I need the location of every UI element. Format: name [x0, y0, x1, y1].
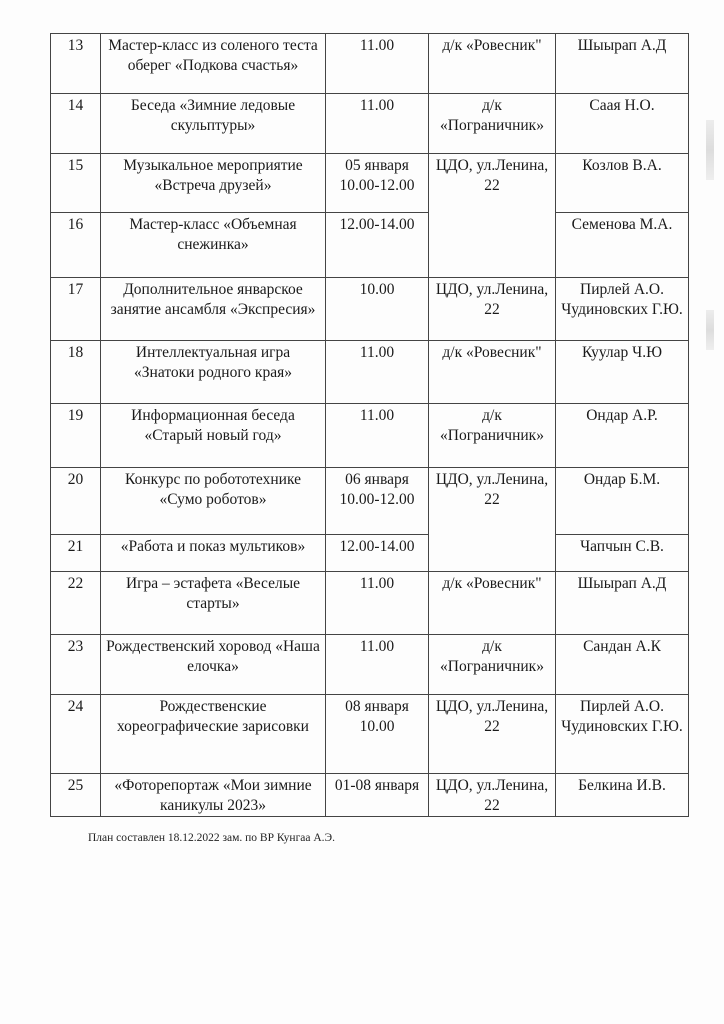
- event-responsible: Козлов В.А.: [556, 154, 689, 213]
- event-name: Рождественские хореографические зарисовк…: [101, 695, 326, 774]
- event-responsible: Куулар Ч.Ю: [556, 341, 689, 404]
- table-row: 21«Работа и показ мультиков»12.00-14.00Ч…: [51, 535, 689, 572]
- event-place: ЦДО, ул.Ленина, 22: [429, 468, 556, 572]
- event-place: д/к «Ровесник": [429, 572, 556, 635]
- event-time: 11.00: [326, 572, 429, 635]
- event-time: 12.00-14.00: [326, 535, 429, 572]
- table-row: 14Беседа «Зимние ледовые скульптуры»11.0…: [51, 94, 689, 154]
- table-row: 24Рождественские хореографические зарисо…: [51, 695, 689, 774]
- event-place: д/к «Ровесник": [429, 34, 556, 94]
- row-number: 20: [51, 468, 101, 535]
- table-row: 17Дополнительное январское занятие ансам…: [51, 278, 689, 341]
- event-place: ЦДО, ул.Ленина, 22: [429, 278, 556, 341]
- table-row: 16Мастер-класс «Объемная снежинка»12.00-…: [51, 213, 689, 278]
- scan-shadow: [706, 120, 714, 180]
- event-responsible: Пирлей А.О. Чудиновских Г.Ю.: [556, 695, 689, 774]
- event-responsible: Сандан А.К: [556, 635, 689, 695]
- event-responsible: Саая Н.О.: [556, 94, 689, 154]
- event-place: ЦДО, ул.Ленина, 22: [429, 695, 556, 774]
- events-plan-table: 13Мастер-класс из соленого теста оберег …: [50, 33, 689, 817]
- event-name: «Работа и показ мультиков»: [101, 535, 326, 572]
- event-time: 12.00-14.00: [326, 213, 429, 278]
- event-name: Игра – эстафета «Веселые старты»: [101, 572, 326, 635]
- row-number: 25: [51, 774, 101, 817]
- event-place: ЦДО, ул.Ленина, 22: [429, 774, 556, 817]
- event-time: 05 января 10.00-12.00: [326, 154, 429, 213]
- row-number: 14: [51, 94, 101, 154]
- event-responsible: Ондар А.Р.: [556, 404, 689, 468]
- row-number: 21: [51, 535, 101, 572]
- event-responsible: Семенова М.А.: [556, 213, 689, 278]
- row-number: 22: [51, 572, 101, 635]
- event-responsible: Ондар Б.М.: [556, 468, 689, 535]
- event-name: Конкурс по робототехнике «Сумо роботов»: [101, 468, 326, 535]
- table-row: 13Мастер-класс из соленого теста оберег …: [51, 34, 689, 94]
- event-place: д/к «Пограничник»: [429, 404, 556, 468]
- table-row: 20Конкурс по робототехнике «Сумо роботов…: [51, 468, 689, 535]
- event-name: Мастер-класс «Объемная снежинка»: [101, 213, 326, 278]
- event-place: д/к «Пограничник»: [429, 635, 556, 695]
- event-place: д/к «Пограничник»: [429, 94, 556, 154]
- event-responsible: Шыырап А.Д: [556, 572, 689, 635]
- table-row: 23Рождественский хоровод «Наша елочка»11…: [51, 635, 689, 695]
- event-time: 10.00: [326, 278, 429, 341]
- event-place: д/к «Ровесник": [429, 341, 556, 404]
- event-name: Беседа «Зимние ледовые скульптуры»: [101, 94, 326, 154]
- table-row: 25«Фоторепортаж «Мои зимние каникулы 202…: [51, 774, 689, 817]
- row-number: 16: [51, 213, 101, 278]
- table-row: 19Информационная беседа «Старый новый го…: [51, 404, 689, 468]
- event-time: 11.00: [326, 94, 429, 154]
- row-number: 13: [51, 34, 101, 94]
- table-row: 22Игра – эстафета «Веселые старты»11.00д…: [51, 572, 689, 635]
- plan-footer-note: План составлен 18.12.2022 зам. по ВР Кун…: [88, 832, 335, 844]
- event-name: Рождественский хоровод «Наша елочка»: [101, 635, 326, 695]
- event-responsible: Белкина И.В.: [556, 774, 689, 817]
- event-responsible: Шыырап А.Д: [556, 34, 689, 94]
- row-number: 17: [51, 278, 101, 341]
- event-name: Информационная беседа «Старый новый год»: [101, 404, 326, 468]
- row-number: 19: [51, 404, 101, 468]
- event-name: «Фоторепортаж «Мои зимние каникулы 2023»: [101, 774, 326, 817]
- row-number: 15: [51, 154, 101, 213]
- event-time: 01-08 января: [326, 774, 429, 817]
- event-responsible: Пирлей А.О. Чудиновских Г.Ю.: [556, 278, 689, 341]
- event-name: Интеллектуальная игра «Знатоки родного к…: [101, 341, 326, 404]
- event-place: ЦДО, ул.Ленина, 22: [429, 154, 556, 278]
- event-time: 11.00: [326, 635, 429, 695]
- event-responsible: Чапчын С.В.: [556, 535, 689, 572]
- event-time: 06 января 10.00-12.00: [326, 468, 429, 535]
- table-row: 15Музыкальное мероприятие «Встреча друзе…: [51, 154, 689, 213]
- scan-shadow: [706, 310, 714, 350]
- event-time: 11.00: [326, 341, 429, 404]
- row-number: 18: [51, 341, 101, 404]
- event-time: 08 января 10.00: [326, 695, 429, 774]
- event-time: 11.00: [326, 404, 429, 468]
- event-time: 11.00: [326, 34, 429, 94]
- event-name: Музыкальное мероприятие «Встреча друзей»: [101, 154, 326, 213]
- table-row: 18Интеллектуальная игра «Знатоки родного…: [51, 341, 689, 404]
- event-name: Дополнительное январское занятие ансамбл…: [101, 278, 326, 341]
- row-number: 23: [51, 635, 101, 695]
- row-number: 24: [51, 695, 101, 774]
- event-name: Мастер-класс из соленого теста оберег «П…: [101, 34, 326, 94]
